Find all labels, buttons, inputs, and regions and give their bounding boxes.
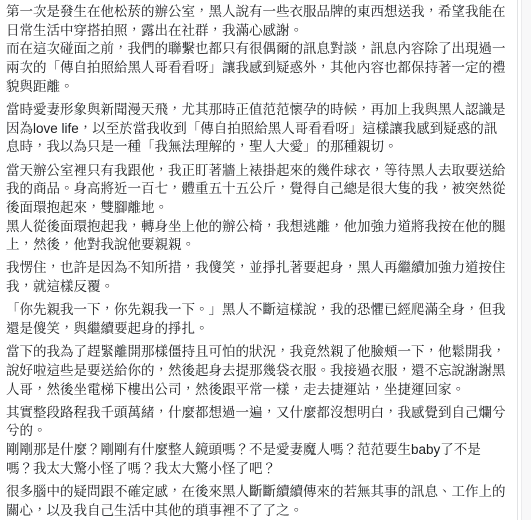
text-line: 黑人從後面環抱起我，轉身坐上他的辦公椅，我想逃離，他加強力道將我按在他的腿: [6, 218, 517, 237]
text-line: 「你先親我一下，你先親我一下。」黑人不斷這樣說，我的恐懼已經爬滿全身，但我: [6, 301, 517, 320]
text-line: 人哥，然後坐電梯下樓出公司，然後跟平常一樣，走去捷運站，坐捷運回家。: [6, 381, 517, 400]
text-line: 還是傻笑，與繼續要起身的掙扎。: [6, 320, 517, 339]
text-line: 其實整段路程我千頭萬緒，什麼都想過一遍，又什麼都沒想明白，我感覺到自己爛兮: [6, 404, 517, 423]
text-line: 上，然後，他對我說他要親親。: [6, 236, 517, 255]
text-line: 我愣住，也許是因為不知所措，我傻笑，並掙扎著要起身，黑人再繼續加強力道按住: [6, 259, 517, 278]
text-line: 後面環抱起來，雙腳離地。: [6, 199, 517, 218]
scrollbar-track[interactable]: [521, 0, 531, 520]
text-line: 當下的我為了趕緊離開那樣僵持且可怕的狀況，我竟然親了他臉頰一下，他鬆開我，: [6, 343, 517, 362]
text-line: 而在這次碰面之前，我們的聯繫也都只有很偶爾的訊息對談，訊息內容除了出現過一: [6, 40, 517, 59]
text-line: 我的商品。身高將近一百七，體重五十五公斤，覺得自己總是很大隻的我，被突然從: [6, 180, 517, 199]
paragraph: 很多腦中的疑問跟不確定感，在後來黑人斷斷續續傳來的若無其事的訊息、工作上的關心，…: [6, 483, 517, 520]
text-line: 兮的。: [6, 422, 517, 441]
paragraph: 當時愛妻形象與新聞漫天飛，尤其那時正值范范懷孕的時候，再加上我與黑人認識是因為l…: [6, 101, 517, 157]
text-line: 因為love life，以至於當我收到「傳自拍照給黑人哥看看呀」這樣讓我感到疑惑…: [6, 120, 517, 139]
text-line: 貌與距離。: [6, 78, 517, 97]
text-line: 當天辦公室裡只有我跟他，我正盯著牆上裱掛起來的幾件球衣，等待黑人去取要送給: [6, 162, 517, 181]
text-line: 關心，以及我自己生活中其他的瑣事裡不了了之。: [6, 502, 517, 520]
text-line: 剛剛那是什麼？剛剛有什麼整人鏡頭嗎？不是愛妻魔人嗎？范范要生baby了不是: [6, 441, 517, 460]
paragraph: 第一次是發生在他松菸的辦公室，黑人說有一些衣服品牌的東西想送我，希望我能在日常生…: [6, 3, 517, 96]
paragraph: 當天辦公室裡只有我跟他，我正盯著牆上裱掛起來的幾件球衣，等待黑人去取要送給我的商…: [6, 162, 517, 255]
paragraph: 其實整段路程我千頭萬緒，什麼都想過一遍，又什麼都沒想明白，我感覺到自己爛兮兮的。…: [6, 404, 517, 479]
paragraph: 我愣住，也許是因為不知所措，我傻笑，並掙扎著要起身，黑人再繼續加強力道按住我，就…: [6, 259, 517, 296]
text-line: 很多腦中的疑問跟不確定感，在後來黑人斷斷續續傳來的若無其事的訊息、工作上的: [6, 483, 517, 502]
text-line: 第一次是發生在他松菸的辦公室，黑人說有一些衣服品牌的東西想送我，希望我能在: [6, 3, 517, 22]
text-line: 我，就這樣反覆。: [6, 278, 517, 297]
text-line: 當時愛妻形象與新聞漫天飛，尤其那時正值范范懷孕的時候，再加上我與黑人認識是: [6, 101, 517, 120]
post-text-content: 第一次是發生在他松菸的辦公室，黑人說有一些衣服品牌的東西想送我，希望我能在日常生…: [0, 0, 518, 520]
text-line: 息時，我以為只是一種「我無法理解的，聖人大愛」的那種親切。: [6, 138, 517, 157]
scrollbar-gutter[interactable]: [518, 0, 531, 520]
paragraph: 「你先親我一下，你先親我一下。」黑人不斷這樣說，我的恐懼已經爬滿全身，但我還是傻…: [6, 301, 517, 338]
text-line: 說好啦這些是要送給你的，然後起身去提那幾袋衣服。我接過衣服，還不忘說謝謝黑: [6, 362, 517, 381]
text-line: 嗎？我太大驚小怪了嗎？我太大驚小怪了吧？: [6, 460, 517, 479]
post-page: 第一次是發生在他松菸的辦公室，黑人說有一些衣服品牌的東西想送我，希望我能在日常生…: [0, 0, 531, 520]
text-line: 日常生活中穿搭拍照，露出在社群，我滿心感謝。: [6, 22, 517, 41]
paragraph: 當下的我為了趕緊離開那樣僵持且可怕的狀況，我竟然親了他臉頰一下，他鬆開我，說好啦…: [6, 343, 517, 399]
text-line: 兩次的「傳自拍照給黑人哥看看呀」讓我感到疑惑外，其他內容也都保持著一定的禮: [6, 59, 517, 78]
